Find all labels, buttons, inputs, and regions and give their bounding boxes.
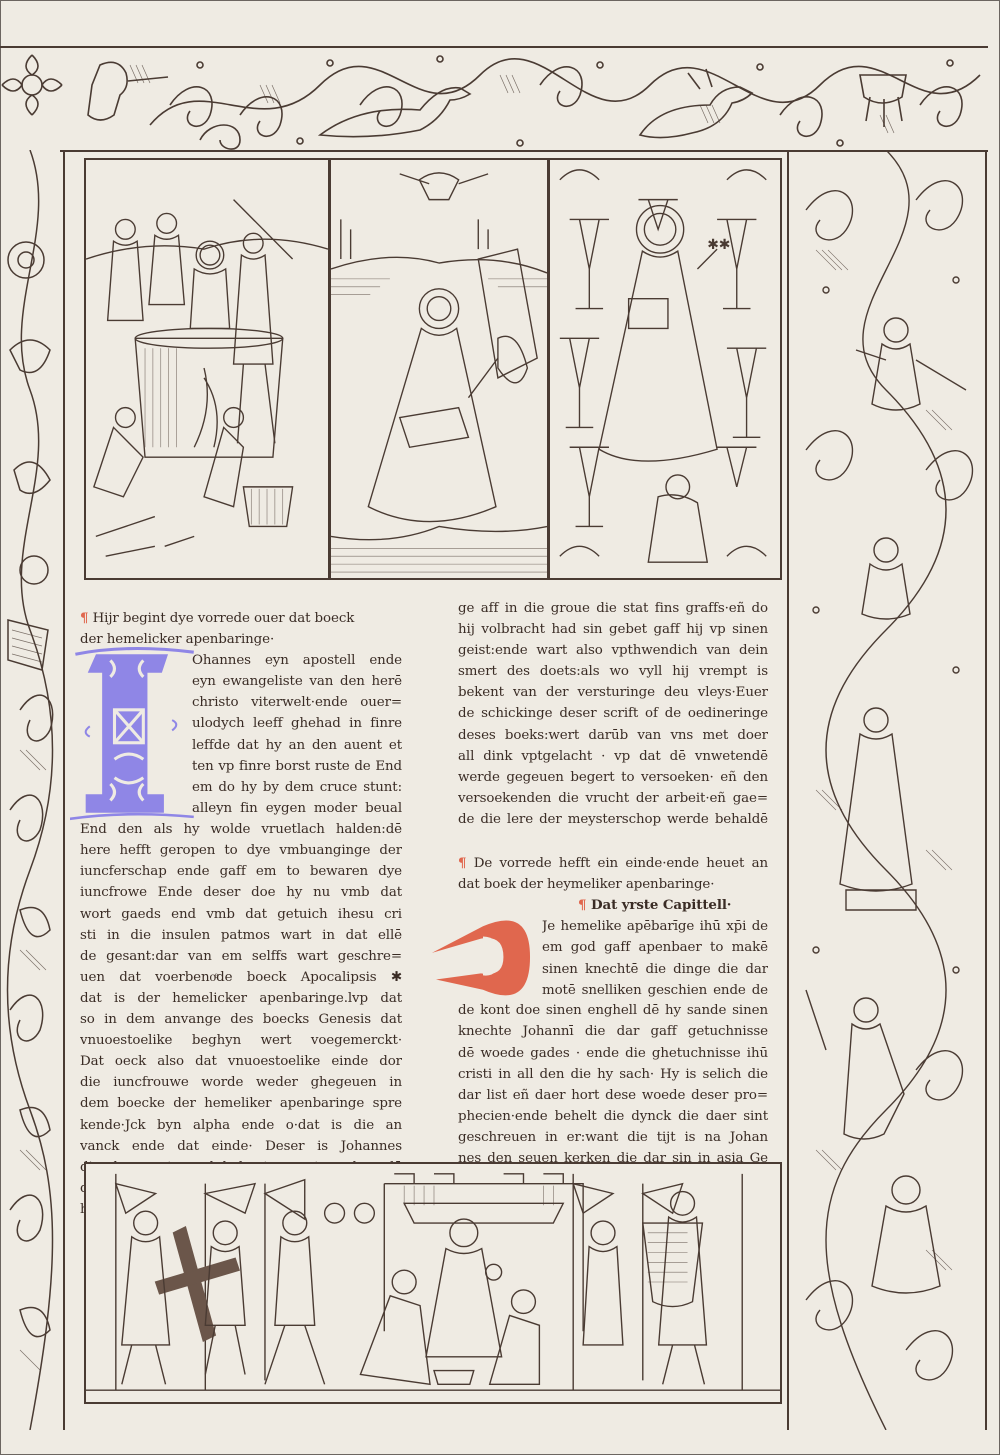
left-initial-block: Ohannes eyn apostell ende eyn ewangelist… [80, 650, 402, 819]
foliate-vine-icon [0, 150, 66, 1430]
woodcut-panel-patmos [329, 158, 549, 580]
christ-seven-candlesticks-icon: ✱✱ [550, 160, 780, 578]
rubric-paragraph-mark: ¶ [578, 897, 586, 913]
rubric-paragraph-mark: ¶ [458, 855, 466, 871]
right-text-column: ge aff in die groue die stat fins graffs… [458, 598, 768, 1211]
left-text-column: ¶ Hijr begint dye vorrede ouer dat boeck… [80, 608, 402, 1220]
svg-text:✱✱: ✱✱ [707, 237, 730, 253]
end-rubric-line-1: ¶ De vorrede hefft ein einde·ende heuet … [458, 853, 768, 874]
spacer [458, 830, 768, 853]
rubric-paragraph-mark: ¶ [80, 610, 88, 626]
martyrdom-cauldron-icon [86, 160, 328, 578]
woodcut-panel-adoration [84, 1162, 782, 1404]
top-foliate-border [0, 45, 988, 153]
left-foliate-border [0, 150, 66, 1430]
right-initial-block: Je hemelike apēbarīge ihū xp̄i de em god… [458, 916, 768, 1000]
decorated-initial-D-icon [428, 912, 538, 1004]
end-rubric-line-2: dat boek der heymeliker apenbaringe· [458, 874, 768, 895]
woodcut-panel-cauldron [84, 158, 330, 580]
foliate-figures-icon [786, 150, 988, 1430]
woodcut-panel-christ-enthroned: ✱✱ [548, 158, 782, 580]
saint-john-writing-icon [331, 160, 547, 578]
right-foliate-border [786, 150, 988, 1430]
foliate-scroll-icon [0, 45, 988, 153]
decorated-initial-I-icon [70, 646, 194, 821]
adoration-of-magi-icon [86, 1164, 780, 1402]
left-indented-text: Ohannes eyn apostell ende eyn ewangelist… [192, 650, 402, 819]
right-indented-text: Je hemelike apēbarīge ihū xp̄i de em god… [542, 916, 768, 1000]
left-heading-line-1: ¶ Hijr begint dye vorrede ouer dat boeck [80, 608, 402, 629]
